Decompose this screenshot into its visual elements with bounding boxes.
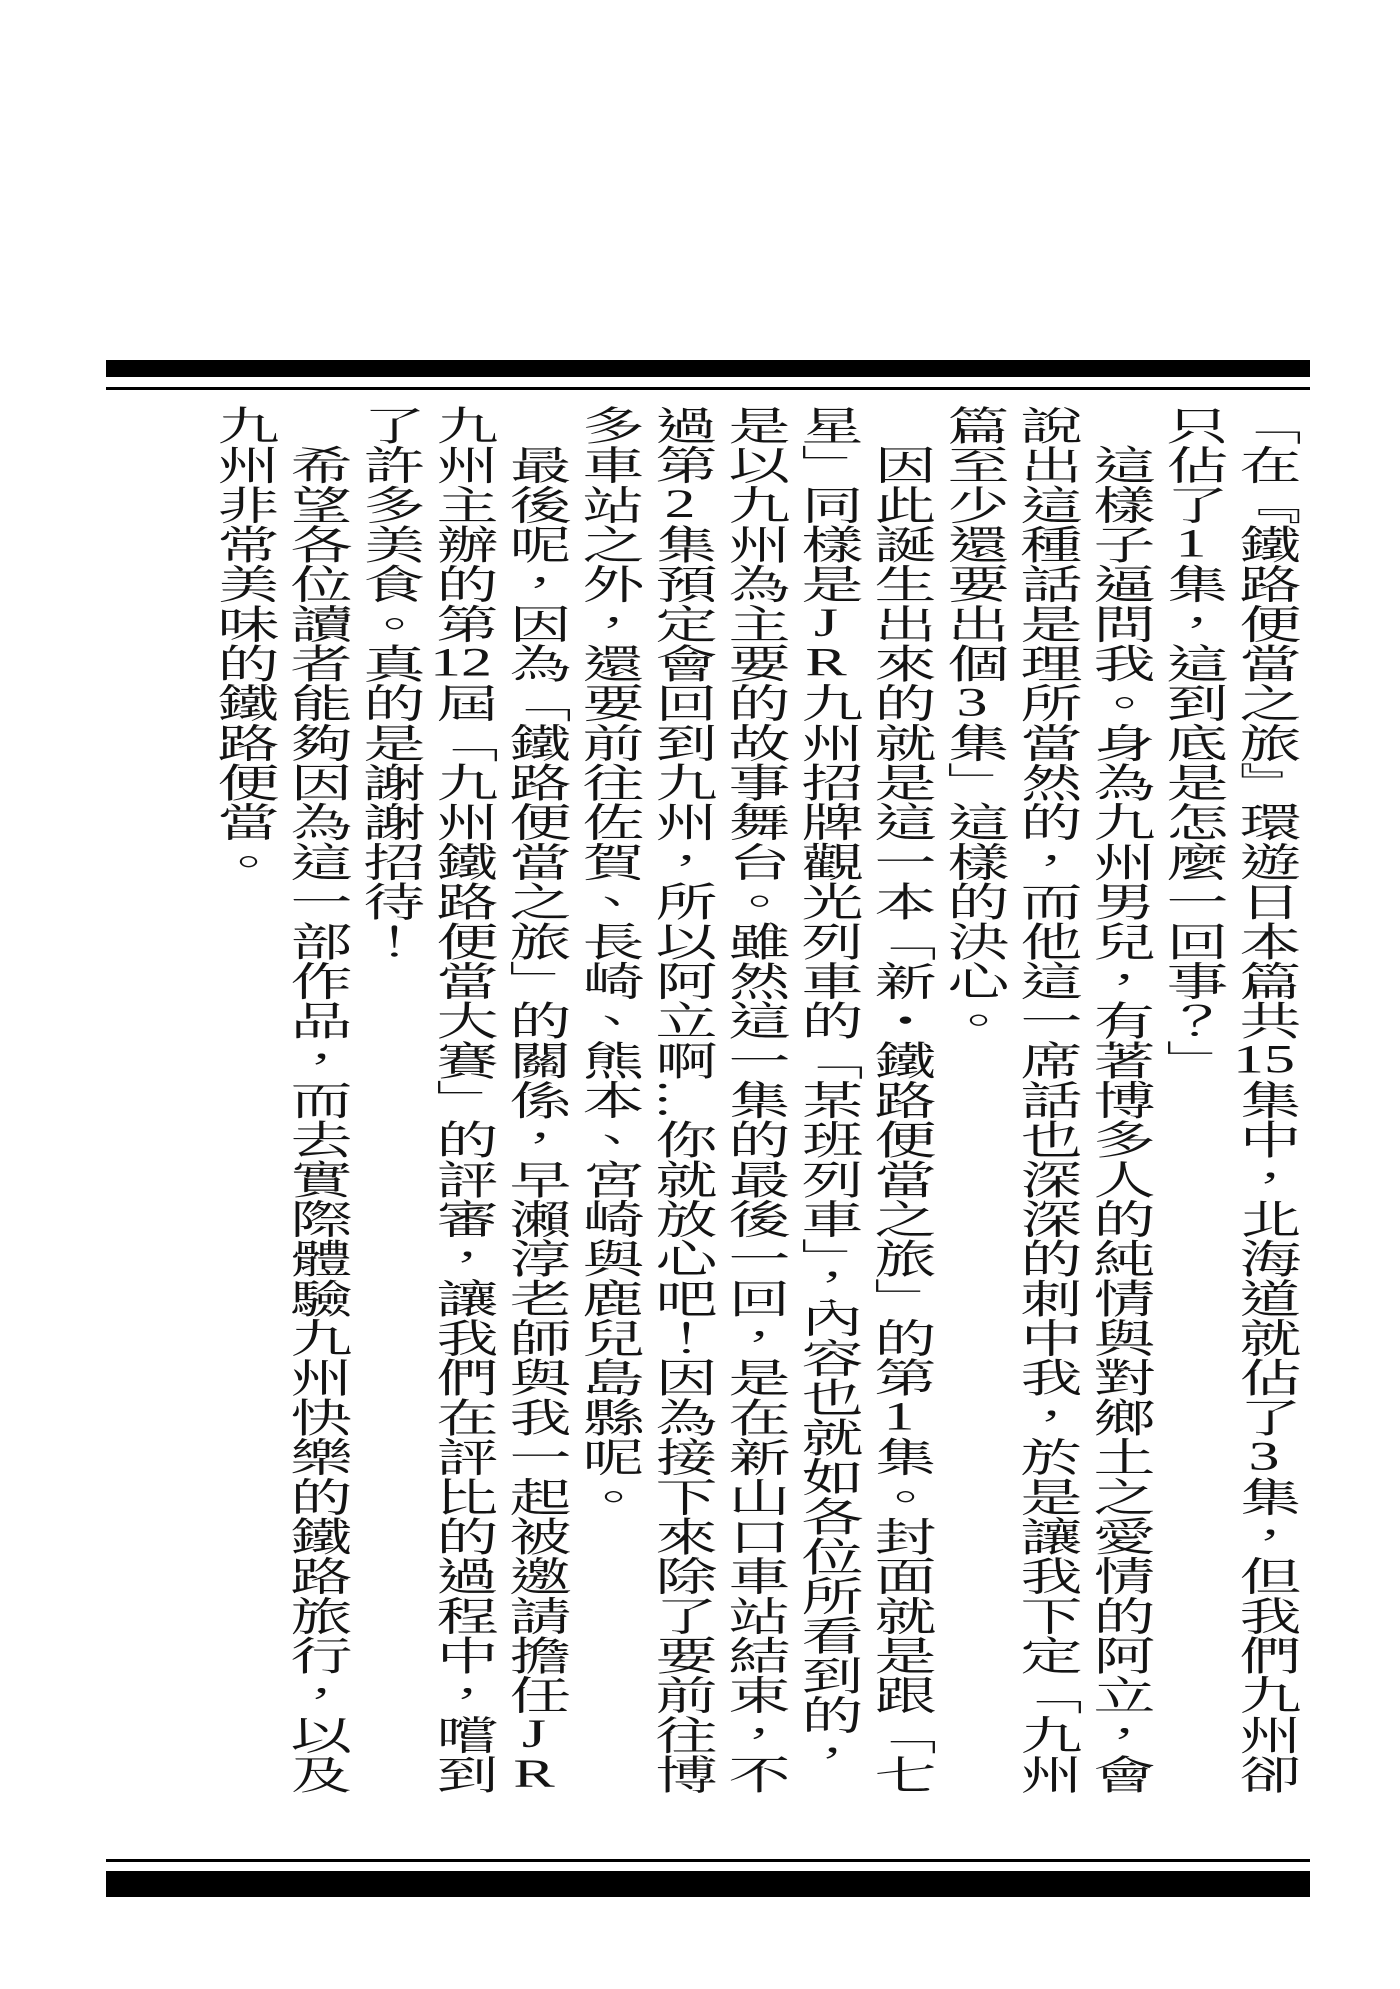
bottom-rule-thick — [106, 1871, 1310, 1897]
bottom-rule-thin — [106, 1859, 1310, 1862]
text-column: 星」同樣是JR九州招牌觀光列車的「某班列車」，內容也就如各位所看到的， — [789, 405, 862, 1864]
text-column: 最後呢，因為「鐵路便當之旅」的關係，早瀨淳老師與我一起被邀請擔任JR — [497, 405, 570, 1864]
text-column: 這樣子逼問我。身為九州男兒，有著博多人的純情與對鄉土之愛情的阿立，會 — [1081, 405, 1154, 1864]
text-column: 了許多美食。真的是謝謝招待！ — [351, 405, 424, 1864]
text-column: 多車站之外，還要前往佐賀、長崎、熊本、宮崎與鹿兒島縣呢。 — [570, 405, 643, 1864]
top-rule-thin — [106, 387, 1310, 390]
vertical-text-block: 「在『鐵路便當之旅』環遊日本篇共15集中，北海道就佔了3集，但我們九州卻 只佔了… — [200, 405, 1300, 1864]
afterword-page: 「在『鐵路便當之旅』環遊日本篇共15集中，北海道就佔了3集，但我們九州卻 只佔了… — [0, 0, 1400, 1989]
text-column: 因此誕生出來的就是這一本「新・鐵路便當之旅」的第1集。封面就是跟「七 — [862, 405, 935, 1864]
text-column: 只佔了1集，這到底是怎麼一回事？」 — [1154, 405, 1227, 1864]
text-column: 過第2集預定會回到九州，所以阿立啊…你就放心吧！因為接下來除了要前往博 — [643, 405, 716, 1864]
text-column: 說出這種話是理所當然的，而他這一席話也深深的刺中我，於是讓我下定「九州 — [1008, 405, 1081, 1864]
text-column: 希望各位讀者能夠因為這一部作品，而去實際體驗九州快樂的鐵路旅行，以及 — [278, 405, 351, 1864]
text-column: 九州主辦的第12屆「九州鐵路便當大賽」的評審，讓我們在評比的過程中，嚐到 — [424, 405, 497, 1864]
text-column: 九州非常美味的鐵路便當。 — [205, 405, 278, 1864]
text-column: 是以九州為主要的故事舞台。雖然這一集的最後一回，是在新山口車站結束，不 — [716, 405, 789, 1864]
text-column: 「在『鐵路便當之旅』環遊日本篇共15集中，北海道就佔了3集，但我們九州卻 — [1227, 405, 1300, 1864]
top-rule-thick — [106, 360, 1310, 377]
text-column: 篇至少還要出個3集」這樣的決心。 — [935, 405, 1008, 1864]
